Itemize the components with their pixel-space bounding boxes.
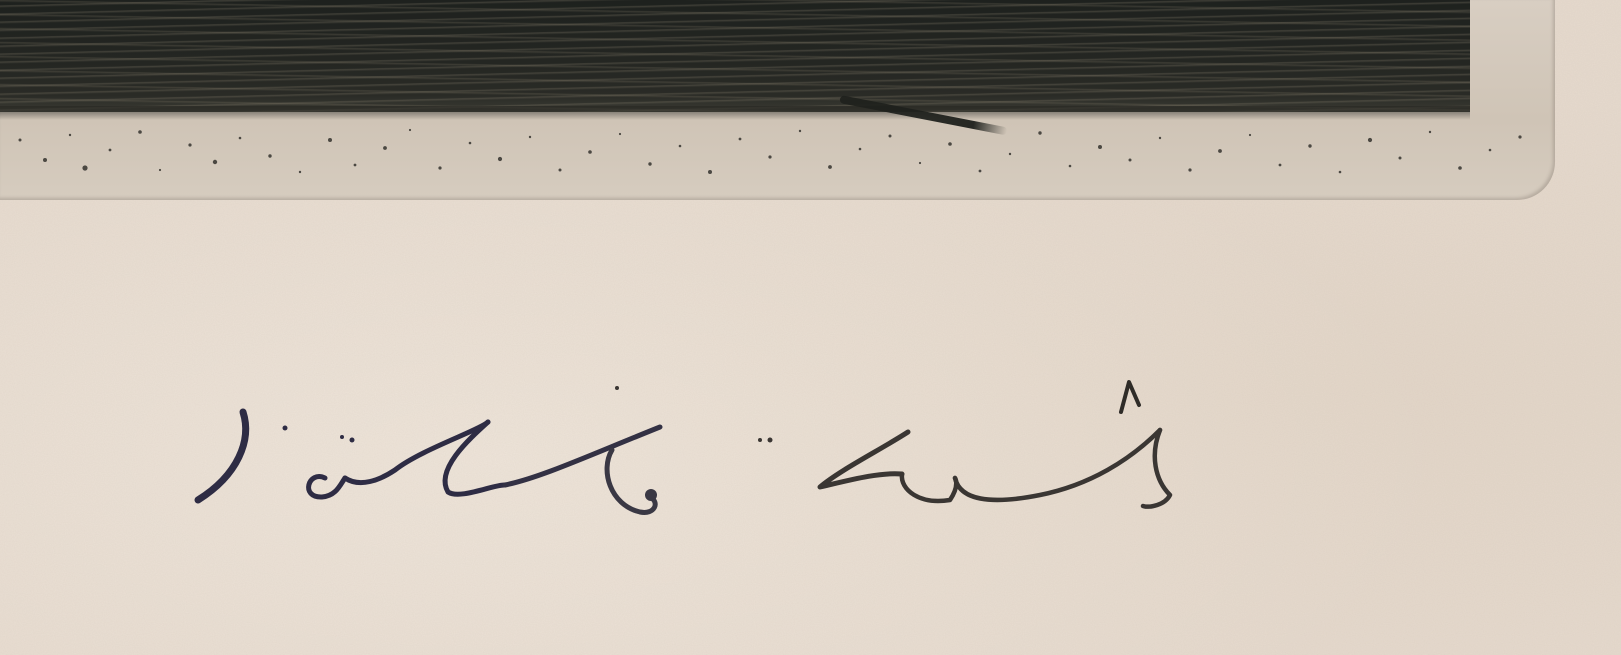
print-margin-photo: Jalal Kurş (0, 0, 1621, 655)
etched-plate-image (0, 0, 1470, 112)
plate-speckles (0, 110, 1555, 200)
